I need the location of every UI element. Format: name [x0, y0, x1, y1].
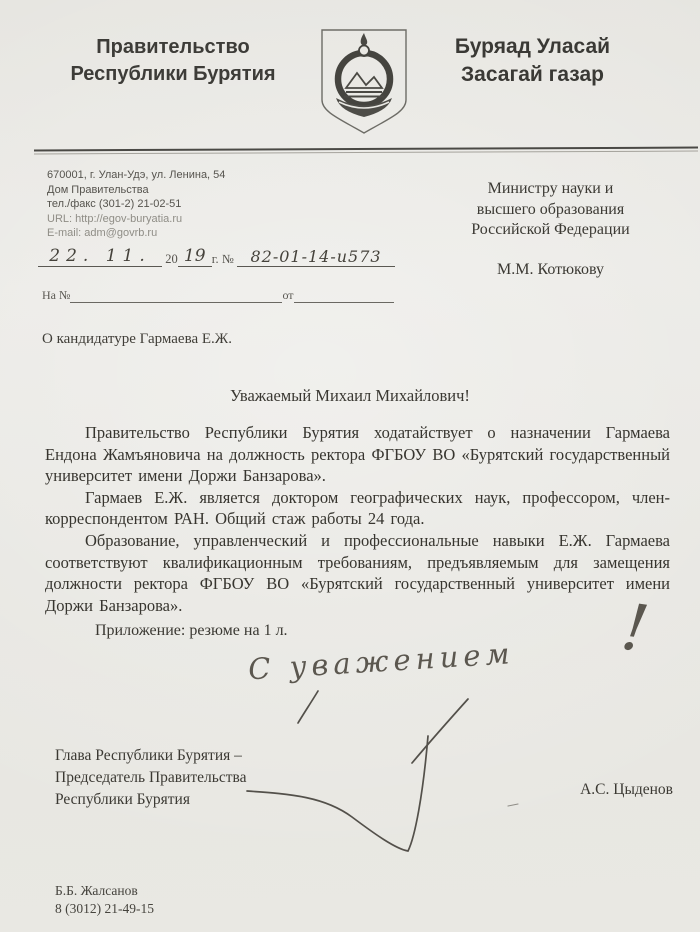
org-name-buryat-line1: Буряад Уласай	[420, 33, 645, 61]
address-email: E-mail: adm@govrb.ru	[47, 226, 225, 241]
executor-contact-block: Б.Б. Жалсанов 8 (3012) 21-49-15	[55, 882, 154, 918]
signer-name: А.С. Цыденов	[555, 781, 673, 799]
address-url: URL: http://egov-buryatia.ru	[47, 212, 225, 227]
org-name-ru-line1: Правительство	[58, 34, 288, 61]
org-name-buryat: Буряад Уласай Засагай газар	[420, 33, 645, 89]
reply-reference-line: На №от	[42, 288, 394, 303]
handwritten-closing: С уважением	[247, 632, 588, 687]
signer-title-line: Председатель Правительства	[55, 767, 325, 789]
body-paragraph-1: Правительство Республики Бурятия ходатай…	[45, 422, 670, 487]
org-name-buryat-line2: Засагай газар	[420, 61, 645, 89]
reply-number-blank	[70, 289, 282, 303]
scanned-letter-page: Правительство Республики Бурятия Буряад …	[0, 0, 700, 932]
attachment-note: Приложение: резюме на 1 л.	[95, 622, 288, 640]
sender-address-block: 670001, г. Улан-Удэ, ул. Ленина, 54 Дом …	[47, 168, 225, 241]
year-prefix: 20	[165, 252, 178, 266]
executor-phone: 8 (3012) 21-49-15	[55, 900, 154, 918]
reply-label: На №	[42, 288, 70, 302]
org-name-russian: Правительство Республики Бурятия	[58, 34, 288, 88]
reply-date-blank	[294, 289, 394, 303]
signer-title-line: Глава Республики Бурятия –	[55, 745, 325, 767]
address-line: 670001, г. Улан-Удэ, ул. Ленина, 54	[47, 168, 225, 183]
letterhead-divider	[34, 147, 698, 155]
address-line: тел./факс (301-2) 21-02-51	[47, 197, 225, 212]
date-handwritten: 22. 11.	[38, 246, 162, 267]
year-suffix: г.	[212, 252, 219, 266]
org-name-ru-line2: Республики Бурятия	[58, 61, 288, 88]
outgoing-number-handwritten: 82-01-14-и573	[237, 247, 395, 267]
recipient-line: Российской Федерации	[428, 220, 673, 241]
recipient-block: Министру науки и высшего образования Рос…	[428, 179, 673, 280]
buryatia-coat-of-arms-icon	[315, 26, 413, 138]
reference-line: 22. 11. 2019г. № 82-01-14-и573	[38, 246, 395, 267]
recipient-line: Министру науки и	[428, 179, 673, 200]
salutation: Уважаемый Михаил Михайлович!	[0, 386, 700, 406]
recipient-line: высшего образования	[428, 200, 673, 221]
year-handwritten: 19	[178, 246, 212, 267]
from-label: от	[282, 288, 293, 302]
signer-title-line: Республики Бурятия	[55, 789, 325, 811]
number-label: №	[222, 252, 234, 266]
body-paragraph-3: Образование, управленческий и профессион…	[45, 530, 670, 616]
recipient-name: М.М. Котюкову	[428, 260, 673, 281]
address-line: Дом Правительства	[47, 183, 225, 198]
letter-body: Правительство Республики Бурятия ходатай…	[45, 422, 670, 616]
executor-name: Б.Б. Жалсанов	[55, 882, 154, 900]
body-paragraph-2: Гармаев Е.Ж. является доктором географич…	[45, 487, 670, 530]
signer-title-block: Глава Республики Бурятия – Председатель …	[55, 745, 325, 811]
subject-line: О кандидатуре Гармаева Е.Ж.	[42, 331, 232, 348]
